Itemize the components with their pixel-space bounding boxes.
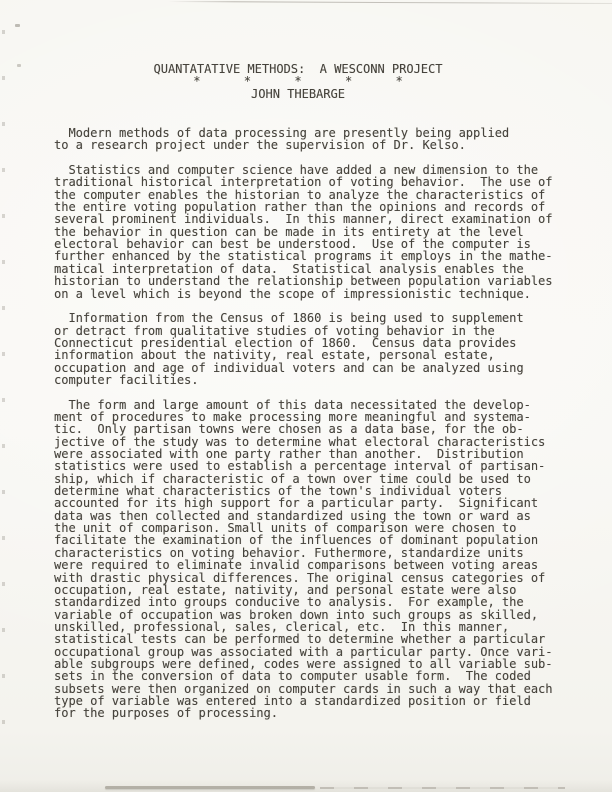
scanned-document-page: QUANTATATIVE METHODS: A WESCONN PROJECT … — [0, 0, 612, 792]
paragraph-procedures: The form and large amount of this data n… — [54, 399, 584, 720]
scan-artifact-bottom-smudge — [320, 787, 565, 789]
scan-artifact-top-line — [168, 1, 612, 4]
document-body: Modern methods of data processing are pr… — [54, 127, 584, 732]
asterisk-separator: * * * * * — [0, 75, 596, 87]
scan-artifact-bottom-smudge — [105, 786, 315, 789]
paragraph-intro: Modern methods of data processing are pr… — [54, 127, 584, 152]
paragraph-census: Information from the Census of 1860 is b… — [54, 312, 584, 386]
scan-artifact-left-edge-marks — [2, 30, 5, 730]
document-author: JOHN THEBARGE — [0, 88, 596, 100]
paragraph-statistics: Statistics and computer science have add… — [54, 164, 584, 300]
scan-artifact-speck — [15, 24, 20, 27]
scan-artifact-bottom-shading — [0, 780, 612, 792]
document-header: QUANTATATIVE METHODS: A WESCONN PROJECT … — [0, 63, 596, 100]
